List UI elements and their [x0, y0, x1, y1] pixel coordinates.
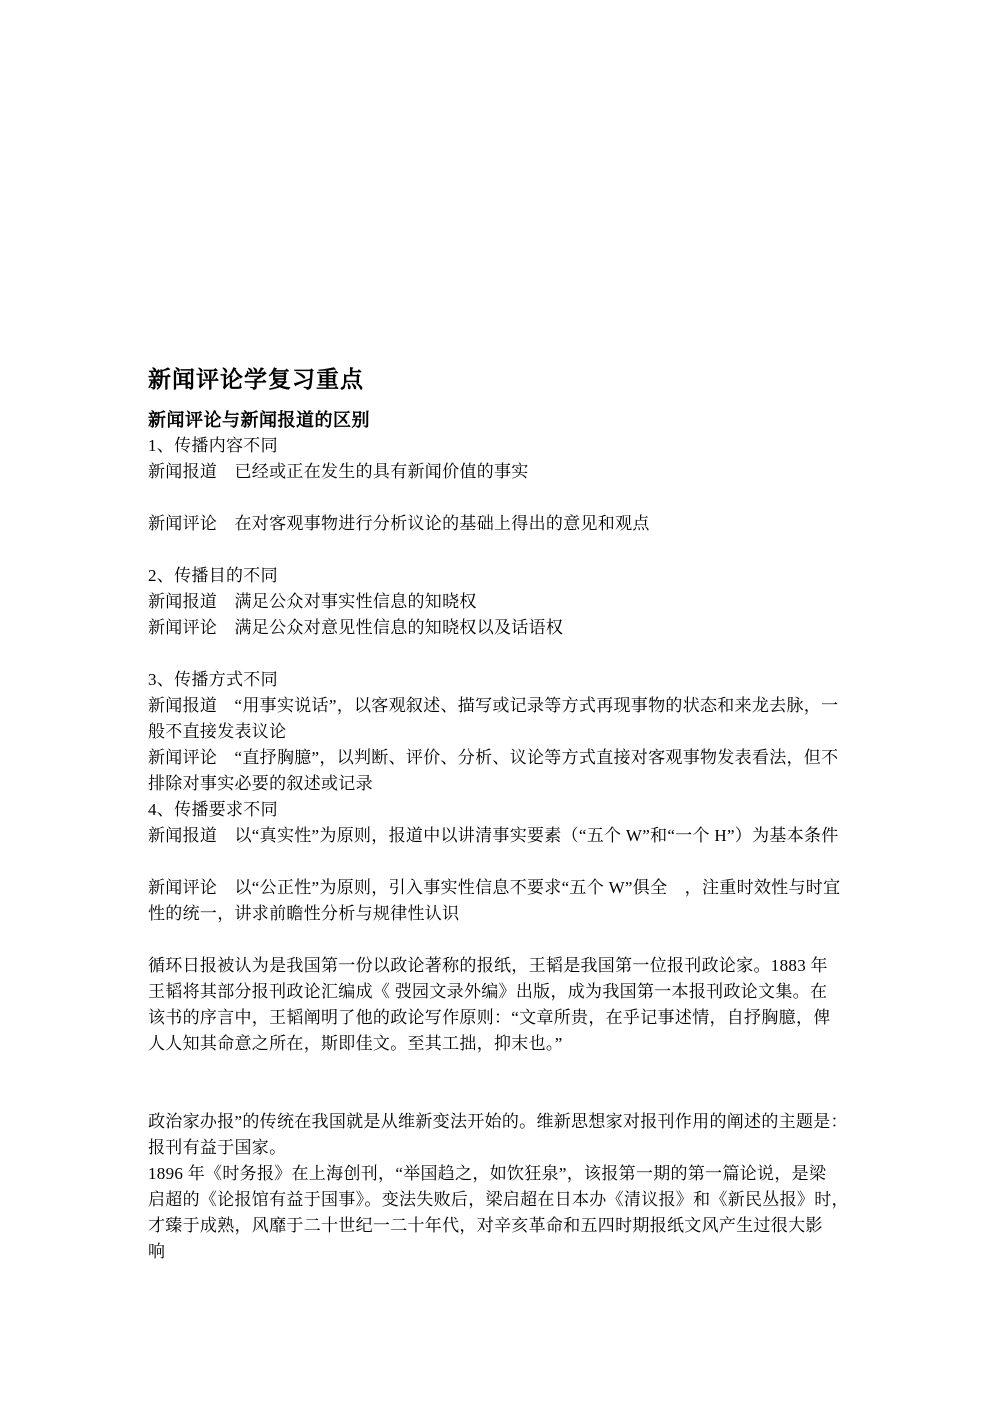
- text-line: 新闻报道 “用事实说话”，以客观叙述、描写或记录等方式再现事物的状态和来龙去脉，…: [148, 693, 854, 719]
- text-line: 新闻报道 以“真实性”为原则，报道中以讲清事实要素（“五个 W”和“一个 H”）…: [148, 823, 854, 849]
- blank-line: [148, 1083, 854, 1109]
- text-line: 2、传播目的不同: [148, 563, 854, 589]
- text-line: 王韬将其部分报刊政论汇编成《 弢园文录外编》出版，成为我国第一本报刊政论文集。在: [148, 979, 854, 1005]
- document-page: 新闻评论学复习重点 新闻评论与新闻报道的区别 1、传播内容不同新闻报道 已经或正…: [0, 0, 993, 1404]
- text-line: 般不直接发表议论: [148, 719, 854, 745]
- section-heading: 新闻评论与新闻报道的区别: [148, 407, 854, 433]
- text-line: 政治家办报”的传统在我国就是从维新变法开始的。维新思想家对报刊作用的阐述的主题是…: [148, 1109, 854, 1135]
- text-line: 1896 年《时务报》在上海创刊，“举国趋之，如饮狂泉”，该报第一期的第一篇论说…: [148, 1161, 854, 1187]
- document-title: 新闻评论学复习重点: [148, 366, 854, 394]
- document-content: 新闻评论学复习重点 新闻评论与新闻报道的区别 1、传播内容不同新闻报道 已经或正…: [148, 366, 854, 1265]
- text-line: 新闻评论 以“公正性”为原则，引入事实性信息不要求“五个 W”俱全 ，注重时效性…: [148, 875, 854, 901]
- text-line: 启超的《论报馆有益于国事》。变法失败后，梁启超在日本办《清议报》和《新民丛报》时…: [148, 1187, 854, 1213]
- blank-line: [148, 849, 854, 875]
- text-line: 新闻评论 满足公众对意见性信息的知晓权以及话语权: [148, 615, 854, 641]
- text-line: 1、传播内容不同: [148, 433, 854, 459]
- text-line: 新闻报道 满足公众对事实性信息的知晓权: [148, 589, 854, 615]
- blank-line: [148, 485, 854, 511]
- body-lines: 1、传播内容不同新闻报道 已经或正在发生的具有新闻价值的事实新闻评论 在对客观事…: [148, 433, 854, 1265]
- text-line: 排除对事实必要的叙述或记录: [148, 771, 854, 797]
- blank-line: [148, 1057, 854, 1083]
- text-line: 响: [148, 1239, 854, 1265]
- text-line: 性的统一，讲求前瞻性分析与规律性认识: [148, 901, 854, 927]
- text-line: 报刊有益于国家。: [148, 1135, 854, 1161]
- text-line: 才臻于成熟，风靡于二十世纪一二十年代，对辛亥革命和五四时期报纸文风产生过很大影: [148, 1213, 854, 1239]
- text-line: 该书的序言中，王韬阐明了他的政论写作原则：“文章所贵，在乎记事述情，自抒胸臆，俾: [148, 1005, 854, 1031]
- text-line: 新闻报道 已经或正在发生的具有新闻价值的事实: [148, 459, 854, 485]
- text-line: 循环日报被认为是我国第一份以政论著称的报纸，王韬是我国第一位报刊政论家。1883…: [148, 953, 854, 979]
- text-line: 新闻评论 “直抒胸臆”，以判断、评价、分析、议论等方式直接对客观事物发表看法，但…: [148, 745, 854, 771]
- text-line: 新闻评论 在对客观事物进行分析议论的基础上得出的意见和观点: [148, 511, 854, 537]
- text-line: 4、传播要求不同: [148, 797, 854, 823]
- text-line: 3、传播方式不同: [148, 667, 854, 693]
- blank-line: [148, 641, 854, 667]
- text-line: 人人知其命意之所在，斯即佳文。至其工拙，抑末也。”: [148, 1031, 854, 1057]
- blank-line: [148, 537, 854, 563]
- blank-line: [148, 927, 854, 953]
